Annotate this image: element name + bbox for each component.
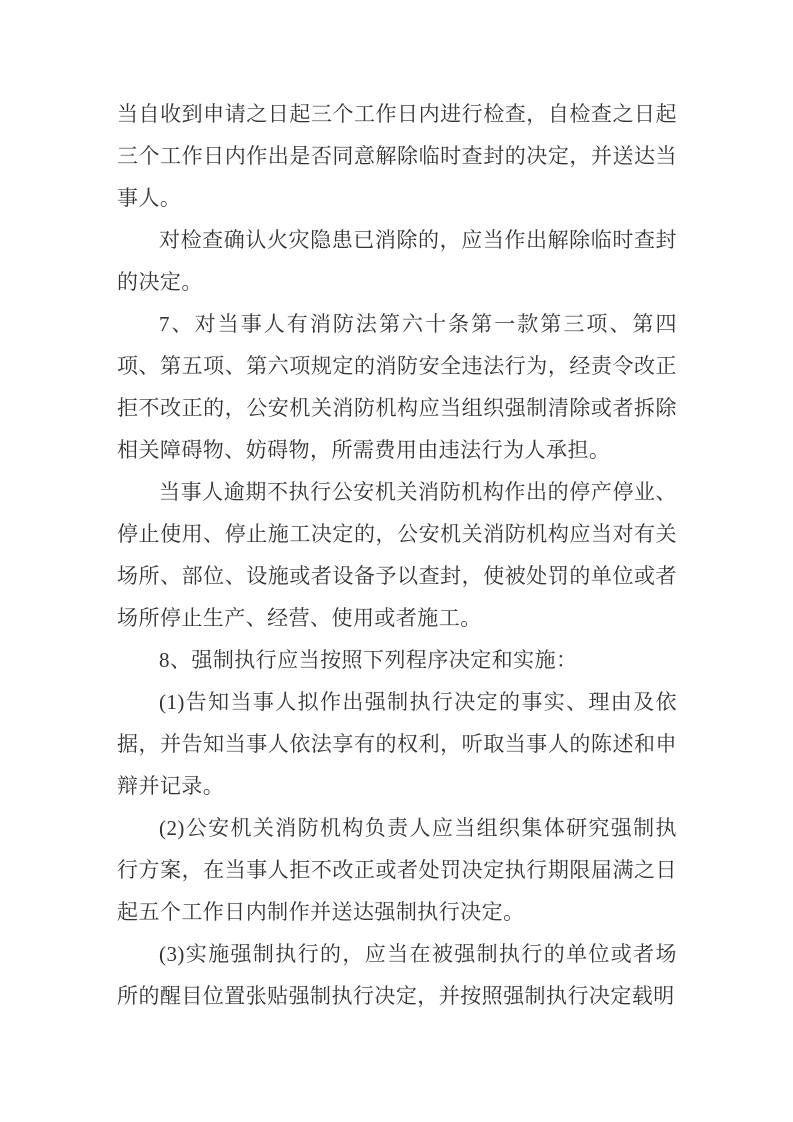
paragraph-item-8: 8、强制执行应当按照下列程序决定和实施： [117, 639, 677, 681]
paragraph-item-7: 7、对当事人有消防法第六十条第一款第三项、第四项、第五项、第六项规定的消防安全违… [117, 303, 677, 471]
paragraph-inspection-result: 对检查确认火灾隐患已消除的，应当作出解除临时查封的决定。 [117, 219, 677, 303]
paragraph-step-3: (3)实施强制执行的，应当在被强制执行的单位或者场所的醒目位置张贴强制执行决定，… [117, 933, 677, 1017]
paragraph-overdue-enforcement: 当事人逾期不执行公安机关消防机构作出的停产停业、停止使用、停止施工决定的，公安机… [117, 471, 677, 639]
document-text-block: 当自收到申请之日起三个工作日内进行检查，自检查之日起三个工作日内作出是否同意解除… [117, 93, 677, 1017]
paragraph-continuation: 当自收到申请之日起三个工作日内进行检查，自检查之日起三个工作日内作出是否同意解除… [117, 93, 677, 219]
document-page: 当自收到申请之日起三个工作日内进行检查，自检查之日起三个工作日内作出是否同意解除… [0, 0, 793, 1122]
paragraph-step-1: (1)告知当事人拟作出强制执行决定的事实、理由及依据，并告知当事人依法享有的权利… [117, 681, 677, 807]
paragraph-step-2: (2)公安机关消防机构负责人应当组织集体研究强制执行方案，在当事人拒不改正或者处… [117, 807, 677, 933]
